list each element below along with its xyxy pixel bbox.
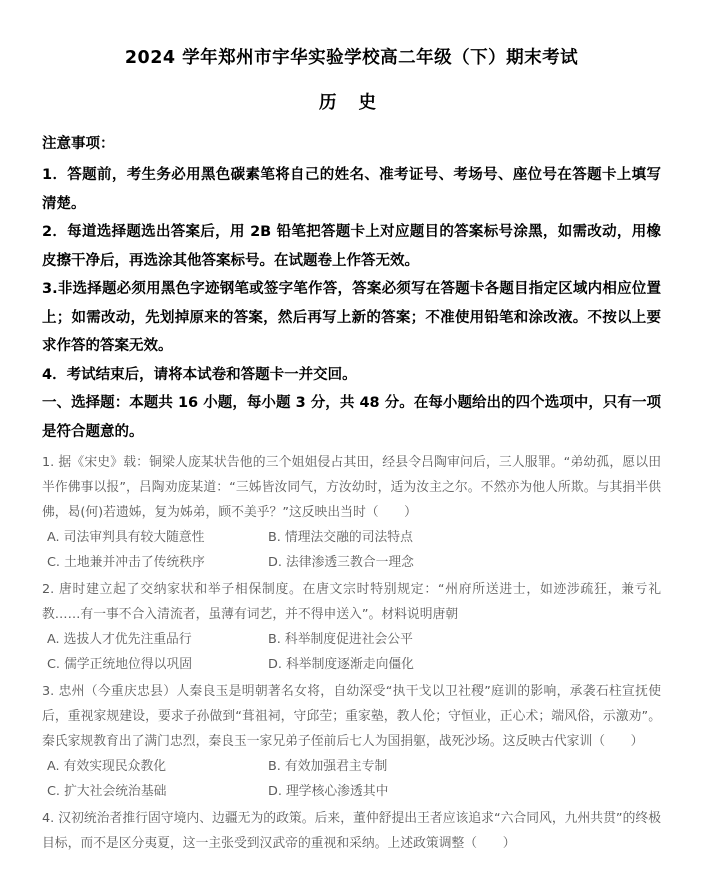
question-2-options-ab: A. 选拔人才优先注重品行 B. 科举制度促进社会公平 xyxy=(42,627,661,652)
question-4: 4. 汉初统治者推行固守境内、边疆无为的政策。后来，董仲舒提出王者应该追求“六合… xyxy=(42,806,661,856)
exam-paper-page: 2024 学年郑州市宇华实验学校高二年级（下）期末考试 历 史 注意事项： 1．… xyxy=(0,0,701,877)
notice-item-2: 2．每道选择题选出答案后，用 2B 铅笔把答题卡上对应题目的答案标号涂黑，如需改… xyxy=(42,218,661,275)
exam-subject: 历 史 xyxy=(42,89,661,114)
notice-item-3: 3.非选择题必须用黑色字迹钢笔或签字笔作答，答案必须写在答题卡各题目指定区域内相… xyxy=(42,275,661,361)
question-2-option-a: A. 选拔人才优先注重品行 xyxy=(47,627,268,652)
question-3-option-c: C. 扩大社会统治基础 xyxy=(47,779,268,804)
question-1-option-d: D. 法律渗透三教合一理念 xyxy=(268,550,661,575)
exam-title: 2024 学年郑州市宇华实验学校高二年级（下）期末考试 xyxy=(42,44,661,69)
question-3-option-a: A. 有效实现民众教化 xyxy=(47,754,268,779)
question-1-options-cd: C. 土地兼并冲击了传统秩序 D. 法律渗透三教合一理念 xyxy=(42,550,661,575)
question-3-option-d: D. 理学核心渗透其中 xyxy=(268,779,661,804)
question-1-options-ab: A. 司法审判具有较大随意性 B. 情理法交融的司法特点 xyxy=(42,525,661,550)
question-1-stem: 1. 据《宋史》载：铜梁人庞某状告他的三个姐姐侵占其田，经县令吕陶审问后，三人服… xyxy=(42,450,661,525)
notice-heading: 注意事项： xyxy=(42,132,661,153)
question-3-option-b: B. 有效加强君主专制 xyxy=(268,754,661,779)
question-3: 3. 忠州（今重庆忠县）人秦良玉是明朝著名女将，自幼深受“执干戈以卫社稷”庭训的… xyxy=(42,679,661,804)
notice-item-4: 4．考试结束后，请将本试卷和答题卡一并交回。 xyxy=(42,361,661,390)
question-4-stem: 4. 汉初统治者推行固守境内、边疆无为的政策。后来，董仲舒提出王者应该追求“六合… xyxy=(42,806,661,856)
question-1-option-a: A. 司法审判具有较大随意性 xyxy=(47,525,268,550)
question-1-option-c: C. 土地兼并冲击了传统秩序 xyxy=(47,550,268,575)
question-3-stem: 3. 忠州（今重庆忠县）人秦良玉是明朝著名女将，自幼深受“执干戈以卫社稷”庭训的… xyxy=(42,679,661,754)
question-2-option-c: C. 儒学正统地位得以巩固 xyxy=(47,652,268,677)
question-1: 1. 据《宋史》载：铜梁人庞某状告他的三个姐姐侵占其田，经县令吕陶审问后，三人服… xyxy=(42,450,661,575)
question-2: 2. 唐时建立起了交纳家状和举子相保制度。在唐文宗时特别规定：“州府所送进士，如… xyxy=(42,577,661,677)
notice-item-1: 1．答题前，考生务必用黑色碳素笔将自己的姓名、准考证号、考场号、座位号在答题卡上… xyxy=(42,161,661,218)
question-2-options-cd: C. 儒学正统地位得以巩固 D. 科举制度逐渐走向僵化 xyxy=(42,652,661,677)
question-2-stem: 2. 唐时建立起了交纳家状和举子相保制度。在唐文宗时特别规定：“州府所送进士，如… xyxy=(42,577,661,627)
question-1-option-b: B. 情理法交融的司法特点 xyxy=(268,525,661,550)
section-heading: 一、选择题：本题共 16 小题，每小题 3 分，共 48 分。在每小题给出的四个… xyxy=(42,389,661,446)
question-2-option-d: D. 科举制度逐渐走向僵化 xyxy=(268,652,661,677)
question-3-options-cd: C. 扩大社会统治基础 D. 理学核心渗透其中 xyxy=(42,779,661,804)
question-2-option-b: B. 科举制度促进社会公平 xyxy=(268,627,661,652)
question-3-options-ab: A. 有效实现民众教化 B. 有效加强君主专制 xyxy=(42,754,661,779)
